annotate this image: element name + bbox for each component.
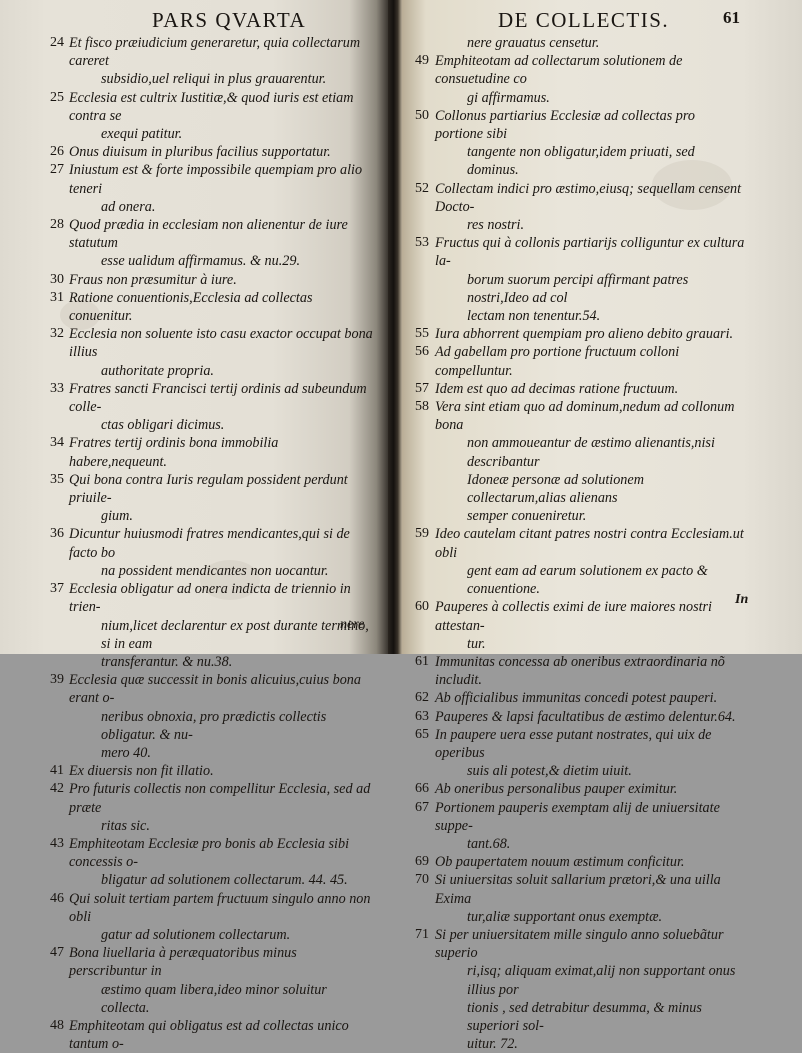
entry-text: Quod prædia in ecclesiam non alienentur … bbox=[69, 216, 376, 252]
index-entries: 24Et fisco præiudicium generaretur, quia… bbox=[50, 34, 376, 654]
entry-number bbox=[415, 434, 435, 470]
entry-number: 25 bbox=[50, 89, 69, 125]
book-spread: PARS QVARTA 24Et fisco præiudicium gener… bbox=[0, 0, 802, 654]
entry-number bbox=[50, 562, 69, 580]
index-entry-continuation: Idoneæ personæ ad solutionem collectarum… bbox=[415, 471, 745, 507]
entry-number: 50 bbox=[415, 107, 435, 143]
running-head: DE COLLECTIS. bbox=[498, 8, 669, 33]
entry-number: 60 bbox=[415, 598, 435, 634]
index-entry: 27Iniustum est & forte impossibile quemp… bbox=[50, 161, 376, 197]
entry-number: 49 bbox=[415, 52, 435, 88]
index-entry: 31Ratione conuentionis,Ecclesia ad colle… bbox=[50, 289, 376, 325]
index-entry-continuation: res nostri. bbox=[415, 216, 745, 234]
entry-text: Ecclesia obligatur ad onera indicta de t… bbox=[69, 580, 376, 616]
entry-text: ad onera. bbox=[69, 198, 376, 216]
entry-number bbox=[415, 143, 435, 179]
entry-number: 34 bbox=[50, 434, 69, 470]
book-gutter bbox=[388, 0, 402, 654]
index-entry: 28Quod prædia in ecclesiam non alienentu… bbox=[50, 216, 376, 252]
index-entry-continuation: gi affirmamus. bbox=[415, 89, 745, 107]
page-number: 61 bbox=[723, 8, 740, 28]
index-entry: 36Dicuntur huiusmodi fratres mendicantes… bbox=[50, 525, 376, 561]
entry-text: ctas obligari dicimus. bbox=[69, 416, 376, 434]
index-entry-continuation: authoritate propria. bbox=[50, 362, 376, 380]
entry-text: non ammoueantur de æstimo alienantis,nis… bbox=[435, 434, 745, 470]
index-entry-continuation: non ammoueantur de æstimo alienantis,nis… bbox=[415, 434, 745, 470]
entry-text: Emphiteotam ad collectarum solutionem de… bbox=[435, 52, 745, 88]
index-entry-continuation: tangente non obligatur,idem priuati, sed… bbox=[415, 143, 745, 179]
left-page: PARS QVARTA 24Et fisco præiudicium gener… bbox=[0, 0, 388, 654]
entry-number bbox=[415, 507, 435, 525]
entry-number: 24 bbox=[50, 34, 69, 70]
entry-text: Iura abhorrent quempiam pro alieno debit… bbox=[435, 325, 745, 343]
entry-text: Et fisco præiudicium generaretur, quia c… bbox=[69, 34, 376, 70]
entry-number bbox=[415, 635, 435, 653]
index-entry: 57Idem est quo ad decimas ratione fructu… bbox=[415, 380, 745, 398]
index-entry: 59Ideo cautelam citant patres nostri con… bbox=[415, 525, 745, 561]
entry-text: tur. bbox=[435, 635, 745, 653]
entry-number: 53 bbox=[415, 234, 435, 270]
entry-number: 58 bbox=[415, 398, 435, 434]
entry-number: 59 bbox=[415, 525, 435, 561]
index-entry-continuation: exequi patitur. bbox=[50, 125, 376, 143]
entry-text: borum suorum percipi affirmant patres no… bbox=[435, 271, 745, 307]
entry-number: 33 bbox=[50, 380, 69, 416]
entry-text: Collectam indici pro æstimo,eiusq; seque… bbox=[435, 180, 745, 216]
entry-number: 32 bbox=[50, 325, 69, 361]
entry-number bbox=[415, 471, 435, 507]
entry-number: 36 bbox=[50, 525, 69, 561]
entry-number: 28 bbox=[50, 216, 69, 252]
index-entry: 56Ad gabellam pro portione fructuum coll… bbox=[415, 343, 745, 379]
catchword: nere bbox=[340, 617, 364, 633]
entry-number bbox=[415, 89, 435, 107]
index-entry: 53Fructus qui à collonis partiarijs coll… bbox=[415, 234, 745, 270]
entry-number bbox=[415, 271, 435, 307]
entry-text: Fratres tertij ordinis bona immobilia ha… bbox=[69, 434, 376, 470]
index-entry-continuation: tur. bbox=[415, 635, 745, 653]
entry-number bbox=[50, 252, 69, 270]
entry-text: exequi patitur. bbox=[69, 125, 376, 143]
index-entry: 35Qui bona contra Iuris regulam possiden… bbox=[50, 471, 376, 507]
entry-text: esse ualidum affirmamus. & nu.29. bbox=[69, 252, 376, 270]
entry-text: Fraus non præsumitur à iure. bbox=[69, 271, 376, 289]
index-entry: 32Ecclesia non soluente isto casu exacto… bbox=[50, 325, 376, 361]
entry-number bbox=[50, 507, 69, 525]
entry-text: Ratione conuentionis,Ecclesia ad collect… bbox=[69, 289, 376, 325]
entry-text: Qui bona contra Iuris regulam possident … bbox=[69, 471, 376, 507]
entry-number bbox=[415, 562, 435, 598]
index-entry: 24Et fisco præiudicium generaretur, quia… bbox=[50, 34, 376, 70]
entry-text: Ecclesia est cultrix Iustitiæ,& quod iur… bbox=[69, 89, 376, 125]
entry-text: tangente non obligatur,idem priuati, sed… bbox=[435, 143, 745, 179]
entry-text: Fructus qui à collonis partiarijs collig… bbox=[435, 234, 745, 270]
entry-number bbox=[50, 125, 69, 143]
index-entry-continuation: gium. bbox=[50, 507, 376, 525]
entry-text: Iniustum est & forte impossibile quempia… bbox=[69, 161, 376, 197]
entry-text: Vera sint etiam quo ad dominum,nedum ad … bbox=[435, 398, 745, 434]
index-entry-continuation: ad onera. bbox=[50, 198, 376, 216]
entry-number bbox=[50, 416, 69, 434]
index-entry-continuation: semper conueniretur. bbox=[415, 507, 745, 525]
entry-text: gent eam ad earum solutionem ex pacto & … bbox=[435, 562, 745, 598]
entry-number bbox=[50, 70, 69, 88]
index-entry: 49Emphiteotam ad collectarum solutionem … bbox=[415, 52, 745, 88]
index-entry-continuation: nium,licet declarentur ex post durante t… bbox=[50, 617, 376, 653]
index-entry-continuation: subsidio,uel reliqui in plus grauarentur… bbox=[50, 70, 376, 88]
entry-text: Idoneæ personæ ad solutionem collectarum… bbox=[435, 471, 745, 507]
entry-text: nium,licet declarentur ex post durante t… bbox=[69, 617, 376, 653]
entry-number: 31 bbox=[50, 289, 69, 325]
entry-text: lectam non tenentur.54. bbox=[435, 307, 745, 325]
entry-number: 52 bbox=[415, 180, 435, 216]
entry-number bbox=[50, 362, 69, 380]
entry-text: Dicuntur huiusmodi fratres mendicantes,q… bbox=[69, 525, 376, 561]
entry-text: gium. bbox=[69, 507, 376, 525]
entry-text: nere grauatus censetur. bbox=[435, 34, 745, 52]
index-entry-continuation: gent eam ad earum solutionem ex pacto & … bbox=[415, 562, 745, 598]
index-entry: 26Onus diuisum in pluribus facilius supp… bbox=[50, 143, 376, 161]
entry-number bbox=[415, 34, 435, 52]
entry-text: Ecclesia non soluente isto casu exactor … bbox=[69, 325, 376, 361]
entry-number: 56 bbox=[415, 343, 435, 379]
entry-number bbox=[415, 307, 435, 325]
entry-number: 27 bbox=[50, 161, 69, 197]
index-entry: 34Fratres tertij ordinis bona immobilia … bbox=[50, 434, 376, 470]
entry-number bbox=[415, 216, 435, 234]
index-entry: 50Collonus partiarius Ecclesiæ ad collec… bbox=[415, 107, 745, 143]
index-entry-continuation: esse ualidum affirmamus. & nu.29. bbox=[50, 252, 376, 270]
entry-number: 35 bbox=[50, 471, 69, 507]
entry-text: subsidio,uel reliqui in plus grauarentur… bbox=[69, 70, 376, 88]
index-entry: nere grauatus censetur. bbox=[415, 34, 745, 52]
index-entry: 37Ecclesia obligatur ad onera indicta de… bbox=[50, 580, 376, 616]
running-head: PARS QVARTA bbox=[152, 8, 306, 33]
entry-number bbox=[50, 198, 69, 216]
index-entry: 25Ecclesia est cultrix Iustitiæ,& quod i… bbox=[50, 89, 376, 125]
index-entry: 55Iura abhorrent quempiam pro alieno deb… bbox=[415, 325, 745, 343]
entry-text: Pauperes à collectis eximi de iure maior… bbox=[435, 598, 745, 634]
index-entry-continuation: borum suorum percipi affirmant patres no… bbox=[415, 271, 745, 307]
entry-number: 55 bbox=[415, 325, 435, 343]
index-entry-continuation: lectam non tenentur.54. bbox=[415, 307, 745, 325]
right-page: DE COLLECTIS. 61 nere grauatus censetur.… bbox=[402, 0, 802, 654]
entry-text: gi affirmamus. bbox=[435, 89, 745, 107]
index-entries: nere grauatus censetur.49Emphiteotam ad … bbox=[415, 34, 745, 654]
index-entry: 52Collectam indici pro æstimo,eiusq; seq… bbox=[415, 180, 745, 216]
entry-text: Fratres sancti Francisci tertij ordinis … bbox=[69, 380, 376, 416]
entry-text: Idem est quo ad decimas ratione fructuum… bbox=[435, 380, 745, 398]
entry-text: semper conueniretur. bbox=[435, 507, 745, 525]
entry-text: na possident mendicantes non uocantur. bbox=[69, 562, 376, 580]
entry-text: authoritate propria. bbox=[69, 362, 376, 380]
entry-number: 30 bbox=[50, 271, 69, 289]
entry-text: Onus diuisum in pluribus facilius suppor… bbox=[69, 143, 376, 161]
index-entry: 33Fratres sancti Francisci tertij ordini… bbox=[50, 380, 376, 416]
entry-text: Ideo cautelam citant patres nostri contr… bbox=[435, 525, 745, 561]
entry-text: res nostri. bbox=[435, 216, 745, 234]
entry-text: Collonus partiarius Ecclesiæ ad collecta… bbox=[435, 107, 745, 143]
entry-number: 57 bbox=[415, 380, 435, 398]
index-entry: 58Vera sint etiam quo ad dominum,nedum a… bbox=[415, 398, 745, 434]
entry-text: Ad gabellam pro portione fructuum collon… bbox=[435, 343, 745, 379]
entry-number: 37 bbox=[50, 580, 69, 616]
index-entry-continuation: na possident mendicantes non uocantur. bbox=[50, 562, 376, 580]
index-entry: 30Fraus non præsumitur à iure. bbox=[50, 271, 376, 289]
index-entry-continuation: ctas obligari dicimus. bbox=[50, 416, 376, 434]
entry-number bbox=[50, 617, 69, 653]
entry-number: 26 bbox=[50, 143, 69, 161]
catchword: In bbox=[735, 592, 748, 608]
index-entry: 60Pauperes à collectis eximi de iure mai… bbox=[415, 598, 745, 634]
